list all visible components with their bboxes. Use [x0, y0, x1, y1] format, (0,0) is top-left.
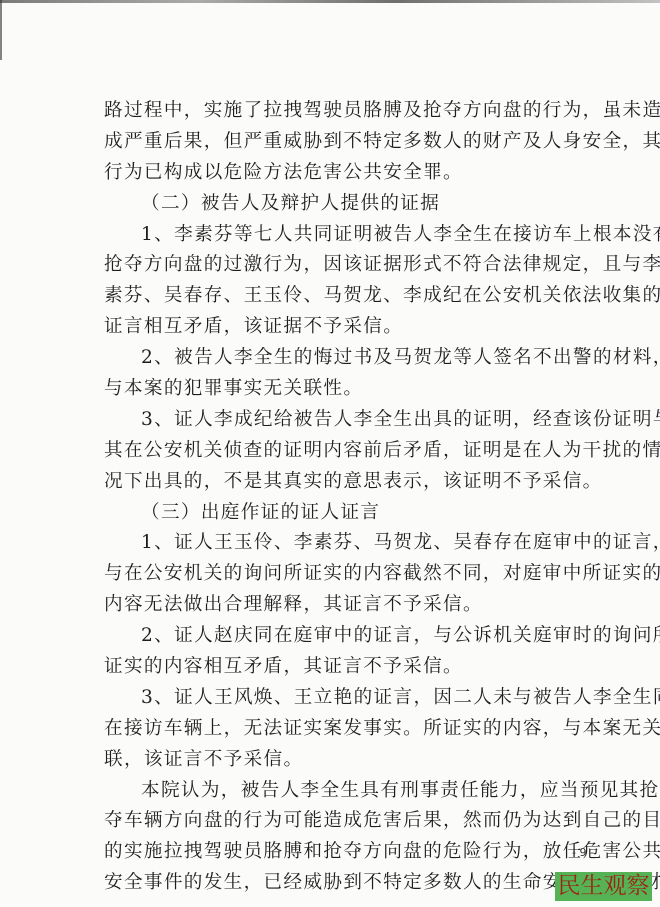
page-number: - 9 - — [572, 846, 594, 859]
text-line: 其在公安机关侦查的证明内容前后矛盾，证明是在人为干扰的情 — [104, 436, 604, 467]
text-line: 抢夺方向盘的过激行为，因该证据形式不符合法律规定，且与李 — [104, 250, 604, 281]
text-line: 3、证人王风焕、王立艳的证言，因二人未与被告人李全生同 — [104, 683, 604, 714]
text-line: 与在公安机关的询问所证实的内容截然不同，对庭审中所证实的 — [104, 559, 604, 590]
text-line: 安全事件的发生，已经威胁到不特定多数人的生命安全和公私财 — [104, 868, 604, 899]
text-line: 1、证人王玉伶、李素芬、马贺龙、吴春存在庭审中的证言， — [104, 528, 604, 559]
text-line: 成严重后果，但严重威胁到不特定多数人的财产及人身安全，其 — [104, 127, 604, 158]
text-line: 2、证人赵庆同在庭审中的证言，与公诉机关庭审时的询问所 — [104, 621, 604, 652]
text-line: （三）出庭作证的证人证言 — [104, 498, 604, 529]
watermark-logo: 民生观察 — [555, 872, 652, 901]
scan-left-edge — [0, 0, 2, 60]
text-line: 证言相互矛盾，该证据不予采信。 — [104, 312, 604, 343]
text-line: 3、证人李成纪给被告人李全生出具的证明，经查该份证明与 — [104, 405, 604, 436]
text-line: 1、李素芬等七人共同证明被告人李全生在接访车上根本没有 — [104, 220, 604, 251]
text-line: 行为已构成以危险方法危害公共安全罪。 — [104, 158, 604, 189]
scan-top-edge — [0, 0, 660, 3]
text-line: 况下出具的，不是其真实的意思表示，该证明不予采信。 — [104, 467, 604, 498]
document-body: 路过程中，实施了拉拽驾驶员胳膊及抢夺方向盘的行为，虽未造成严重后果，但严重威胁到… — [104, 96, 604, 899]
text-line: 路过程中，实施了拉拽驾驶员胳膊及抢夺方向盘的行为，虽未造 — [104, 96, 604, 127]
text-line: 在接访车辆上，无法证实案发事实。所证实的内容，与本案无关 — [104, 714, 604, 745]
text-line: 的实施拉拽驾驶员胳膊和抢夺方向盘的危险行为，放任危害公共 — [104, 837, 604, 868]
text-line: 联，该证言不予采信。 — [104, 745, 604, 776]
text-line: 与本案的犯罪事实无关联性。 — [104, 374, 604, 405]
text-line: 内容无法做出合理解释，其证言不予采信。 — [104, 590, 604, 621]
text-line: 夺车辆方向盘的行为可能造成危害后果，然而仍为达到自己的目 — [104, 806, 604, 837]
text-line: 本院认为，被告人李全生具有刑事责任能力，应当预见其抢 — [104, 776, 604, 807]
text-line: （二）被告人及辩护人提供的证据 — [104, 189, 604, 220]
text-line: 2、被告人李全生的悔过书及马贺龙等人签名不出警的材料， — [104, 343, 604, 374]
text-line: 素芬、吴春存、王玉伶、马贺龙、李成纪在公安机关依法收集的 — [104, 281, 604, 312]
text-line: 证实的内容相互矛盾，其证言不予采信。 — [104, 652, 604, 683]
